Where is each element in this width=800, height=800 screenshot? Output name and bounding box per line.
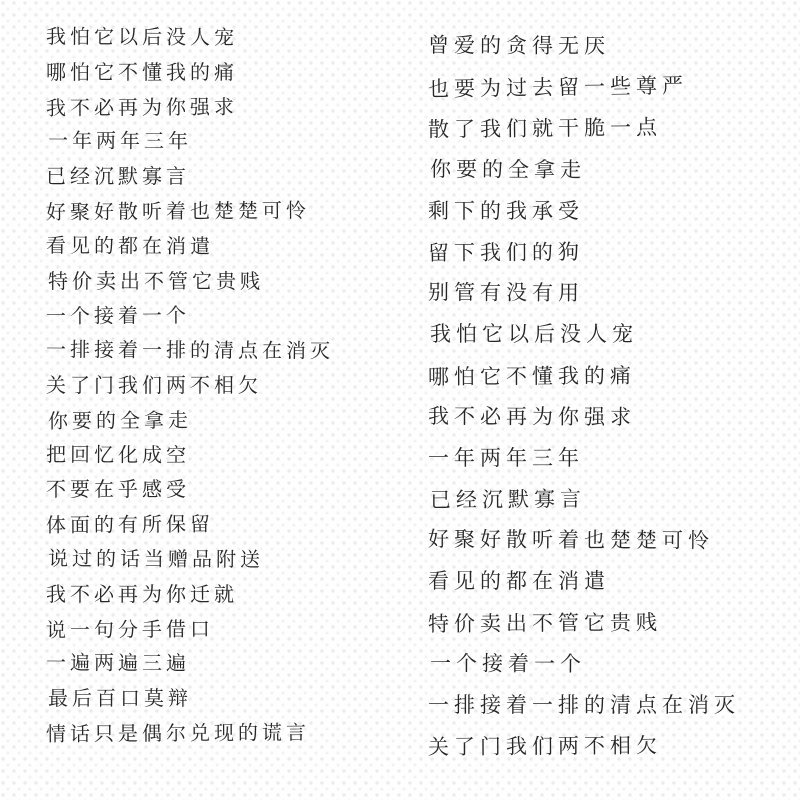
lyric-line: 情话只是偶尔兑现的谎言 xyxy=(46,715,334,752)
lyric-line: 好聚好散听着也楚楚可怜 xyxy=(46,193,334,230)
lyric-line: 别管有没有用 xyxy=(428,272,740,315)
lyric-line: 已经沉默寡言 xyxy=(430,478,740,521)
lyric-line: 我怕它以后没人宠 xyxy=(46,19,334,55)
lyric-line: 关了门我们两不相欠 xyxy=(428,725,740,768)
lyric-line: 关了门我们两不相欠 xyxy=(46,368,334,403)
lyric-sheet-page: 我怕它以后没人宠哪怕它不懂我的痛我不必再为你强求一年两年三年已经沉默寡言好聚好散… xyxy=(0,0,800,800)
lyric-line: 散了我们就干脆一点 xyxy=(428,107,740,151)
lyric-line: 你要的全拿走 xyxy=(430,149,740,192)
lyric-line: 我不必再为你强求 xyxy=(428,396,740,439)
lyric-line: 最后百口莫辩 xyxy=(48,681,334,716)
lyric-line: 曾爱的贪得无厌 xyxy=(428,25,740,68)
lyrics-column-left: 我怕它以后没人宠哪怕它不懂我的痛我不必再为你强求一年两年三年已经沉默寡言好聚好散… xyxy=(46,20,334,751)
lyric-line: 一排接着一排的清点在消灭 xyxy=(46,332,334,368)
lyric-line: 看见的都在消遣 xyxy=(428,561,740,602)
lyric-line: 我怕它以后没人宠 xyxy=(430,314,740,355)
lyric-line: 哪怕它不懂我的痛 xyxy=(46,55,334,90)
lyric-line: 已经沉默寡言 xyxy=(46,159,334,194)
lyrics-column-right: 曾爱的贪得无厌也要为过去留一些尊严散了我们就干脆一点你要的全拿走剩下的我承受留下… xyxy=(428,26,740,767)
lyric-line: 说过的话当赠品附送 xyxy=(48,541,334,577)
lyric-line: 一个接着一个 xyxy=(430,643,740,686)
lyric-line: 好聚好散听着也楚楚可怜 xyxy=(428,519,740,562)
lyric-line: 一排接着一排的清点在消灭 xyxy=(428,685,740,726)
lyric-line: 体面的有所保留 xyxy=(46,506,334,543)
lyric-line: 看见的都在消遣 xyxy=(46,228,334,264)
lyric-line: 一个接着一个 xyxy=(46,297,334,334)
lyric-line: 你要的全拿走 xyxy=(48,402,334,439)
lyric-line: 留下我们的狗 xyxy=(428,231,740,274)
lyric-line: 不要在乎感受 xyxy=(46,472,334,507)
lyric-line: 我不必再为你强求 xyxy=(46,89,334,126)
lyric-line: 哪怕它不懂我的痛 xyxy=(428,354,740,397)
lyric-line: 也要为过去留一些尊严 xyxy=(428,65,741,111)
lyric-line: 说一句分手借口 xyxy=(46,611,334,648)
lyric-line: 一年两年三年 xyxy=(48,124,334,160)
lyric-line: 一年两年三年 xyxy=(428,438,740,479)
lyric-line: 特价卖出不管它贵贱 xyxy=(48,264,334,299)
lyric-line: 特价卖出不管它贵贱 xyxy=(428,602,740,645)
lyric-line: 我不必再为你迁就 xyxy=(46,577,334,612)
lyric-line: 把回忆化成空 xyxy=(46,437,334,473)
lyric-line: 剩下的我承受 xyxy=(428,191,740,232)
lyric-line: 一遍两遍三遍 xyxy=(46,646,334,682)
